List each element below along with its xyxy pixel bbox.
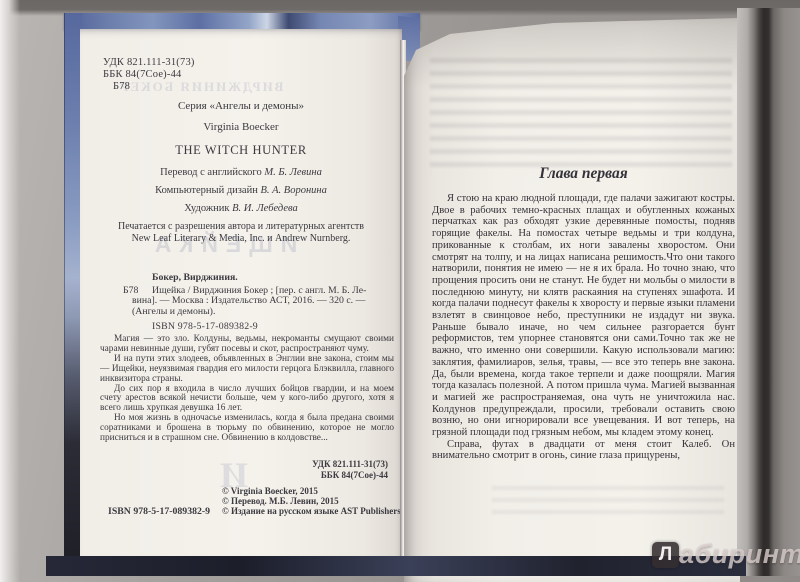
designer-credit-label: Компьютерный дизайн: [155, 185, 260, 196]
translator-credit-label: Перевод с английского: [160, 167, 264, 178]
annotation-block: Магия — это зло. Колдуны, ведьмы, некром…: [100, 335, 394, 444]
catalog-author: Бокер, Вирджиния.: [132, 273, 394, 284]
artist-credit: Художник В. И. Лебедева: [80, 203, 402, 214]
udk-line: УДК 821.111-31(73): [103, 57, 303, 69]
catalog-card: Бокер, Вирджиния. Б78 Ищейка / Вирджиния…: [132, 273, 394, 317]
designer-name: В. А. Воронина: [260, 185, 326, 196]
author-sign-code: Б78: [103, 81, 303, 93]
catalog-codes-bottom: УДК 821.111-31(73) ББК 84(7Сое)-44: [312, 459, 388, 481]
chapter-text-block: Глава первая Я стою на краю людной площа…: [432, 165, 735, 462]
imprint-center-block: Серия «Ангелы и демоны» Virginia Boecker…: [80, 100, 402, 244]
bleedthrough-lines-middle: [492, 486, 724, 518]
chapter-body: Я стою на краю людной площади, где палач…: [432, 193, 735, 462]
isbn-bottom: ISBN 978-5-17-089382-9: [108, 506, 210, 517]
designer-credit: Компьютерный дизайн В. А. Воронина: [80, 185, 402, 196]
annotation-paragraph: Магия — это зло. Колдуны, ведьмы, некром…: [100, 335, 394, 355]
catalog-codes-top: УДК 821.111-31(73) ББК 84(7Сое)-44 Б78: [103, 57, 303, 93]
book-photo: ВИРДЖИНИЯ БОКЕР ИЩЕЙКА И УДК 821.111-31(…: [0, 0, 800, 582]
original-title: THE WITCH HUNTER: [80, 143, 402, 158]
chapter-heading: Глава первая: [432, 165, 735, 183]
artist-credit-label: Художник: [184, 203, 232, 214]
body-paragraph: Справа, футах в двадцати от меня стоит К…: [432, 439, 735, 462]
permission-line-1: Печатается с разрешения автора и литерат…: [80, 221, 402, 233]
book-fore-edge: [737, 8, 800, 576]
book-cover-top-edge: [64, 13, 420, 30]
catalog-code: Б78: [123, 286, 138, 297]
artist-name: В. И. Лебедева: [232, 203, 298, 214]
book-cover-bottom-edge: [46, 556, 746, 576]
series-title: Серия «Ангелы и демоны»: [80, 100, 402, 112]
permission-line-2: New Leaf Literary & Media, Inc. и Andrew…: [80, 233, 402, 245]
catalog-entry-line-2: вина]. — Москва : Издательство АСТ, 2016…: [132, 296, 394, 307]
udk-line-bottom: УДК 821.111-31(73): [312, 459, 388, 470]
bleedthrough-lines-top: [430, 58, 732, 170]
body-paragraph: Я стою на краю людной площади, где палач…: [432, 193, 735, 439]
permission-note: Печатается с разрешения автора и литерат…: [80, 221, 402, 244]
bbk-line-bottom: ББК 84(7Сое)-44: [312, 470, 388, 481]
translator-credit: Перевод с английского М. Б. Левина: [80, 167, 402, 178]
author-name-english: Virginia Boecker: [80, 121, 402, 133]
annotation-paragraph: Но моя жизнь в одночасье изменилась, ког…: [100, 414, 394, 444]
left-page: ВИРДЖИНИЯ БОКЕР ИЩЕЙКА И УДК 821.111-31(…: [80, 29, 402, 558]
bbk-line: ББК 84(7Сое)-44: [103, 69, 303, 81]
labirint-logo-icon: Л: [652, 542, 679, 568]
annotation-paragraph: И на пути этих злодеев, объявленных в Эн…: [100, 355, 394, 385]
catalog-entry-line-3: (Ангелы и демоны).: [132, 307, 394, 318]
photo-background-left: [0, 0, 20, 582]
annotation-paragraph: До сих пор я входила в число лучших бойц…: [100, 385, 394, 415]
translator-name: М. Б. Левина: [264, 167, 321, 178]
right-page: Глава первая Я стою на краю людной площа…: [404, 18, 740, 582]
labirint-watermark-text: абиринт.ру: [679, 539, 800, 570]
labirint-watermark: Л абиринт.ру: [652, 540, 800, 574]
